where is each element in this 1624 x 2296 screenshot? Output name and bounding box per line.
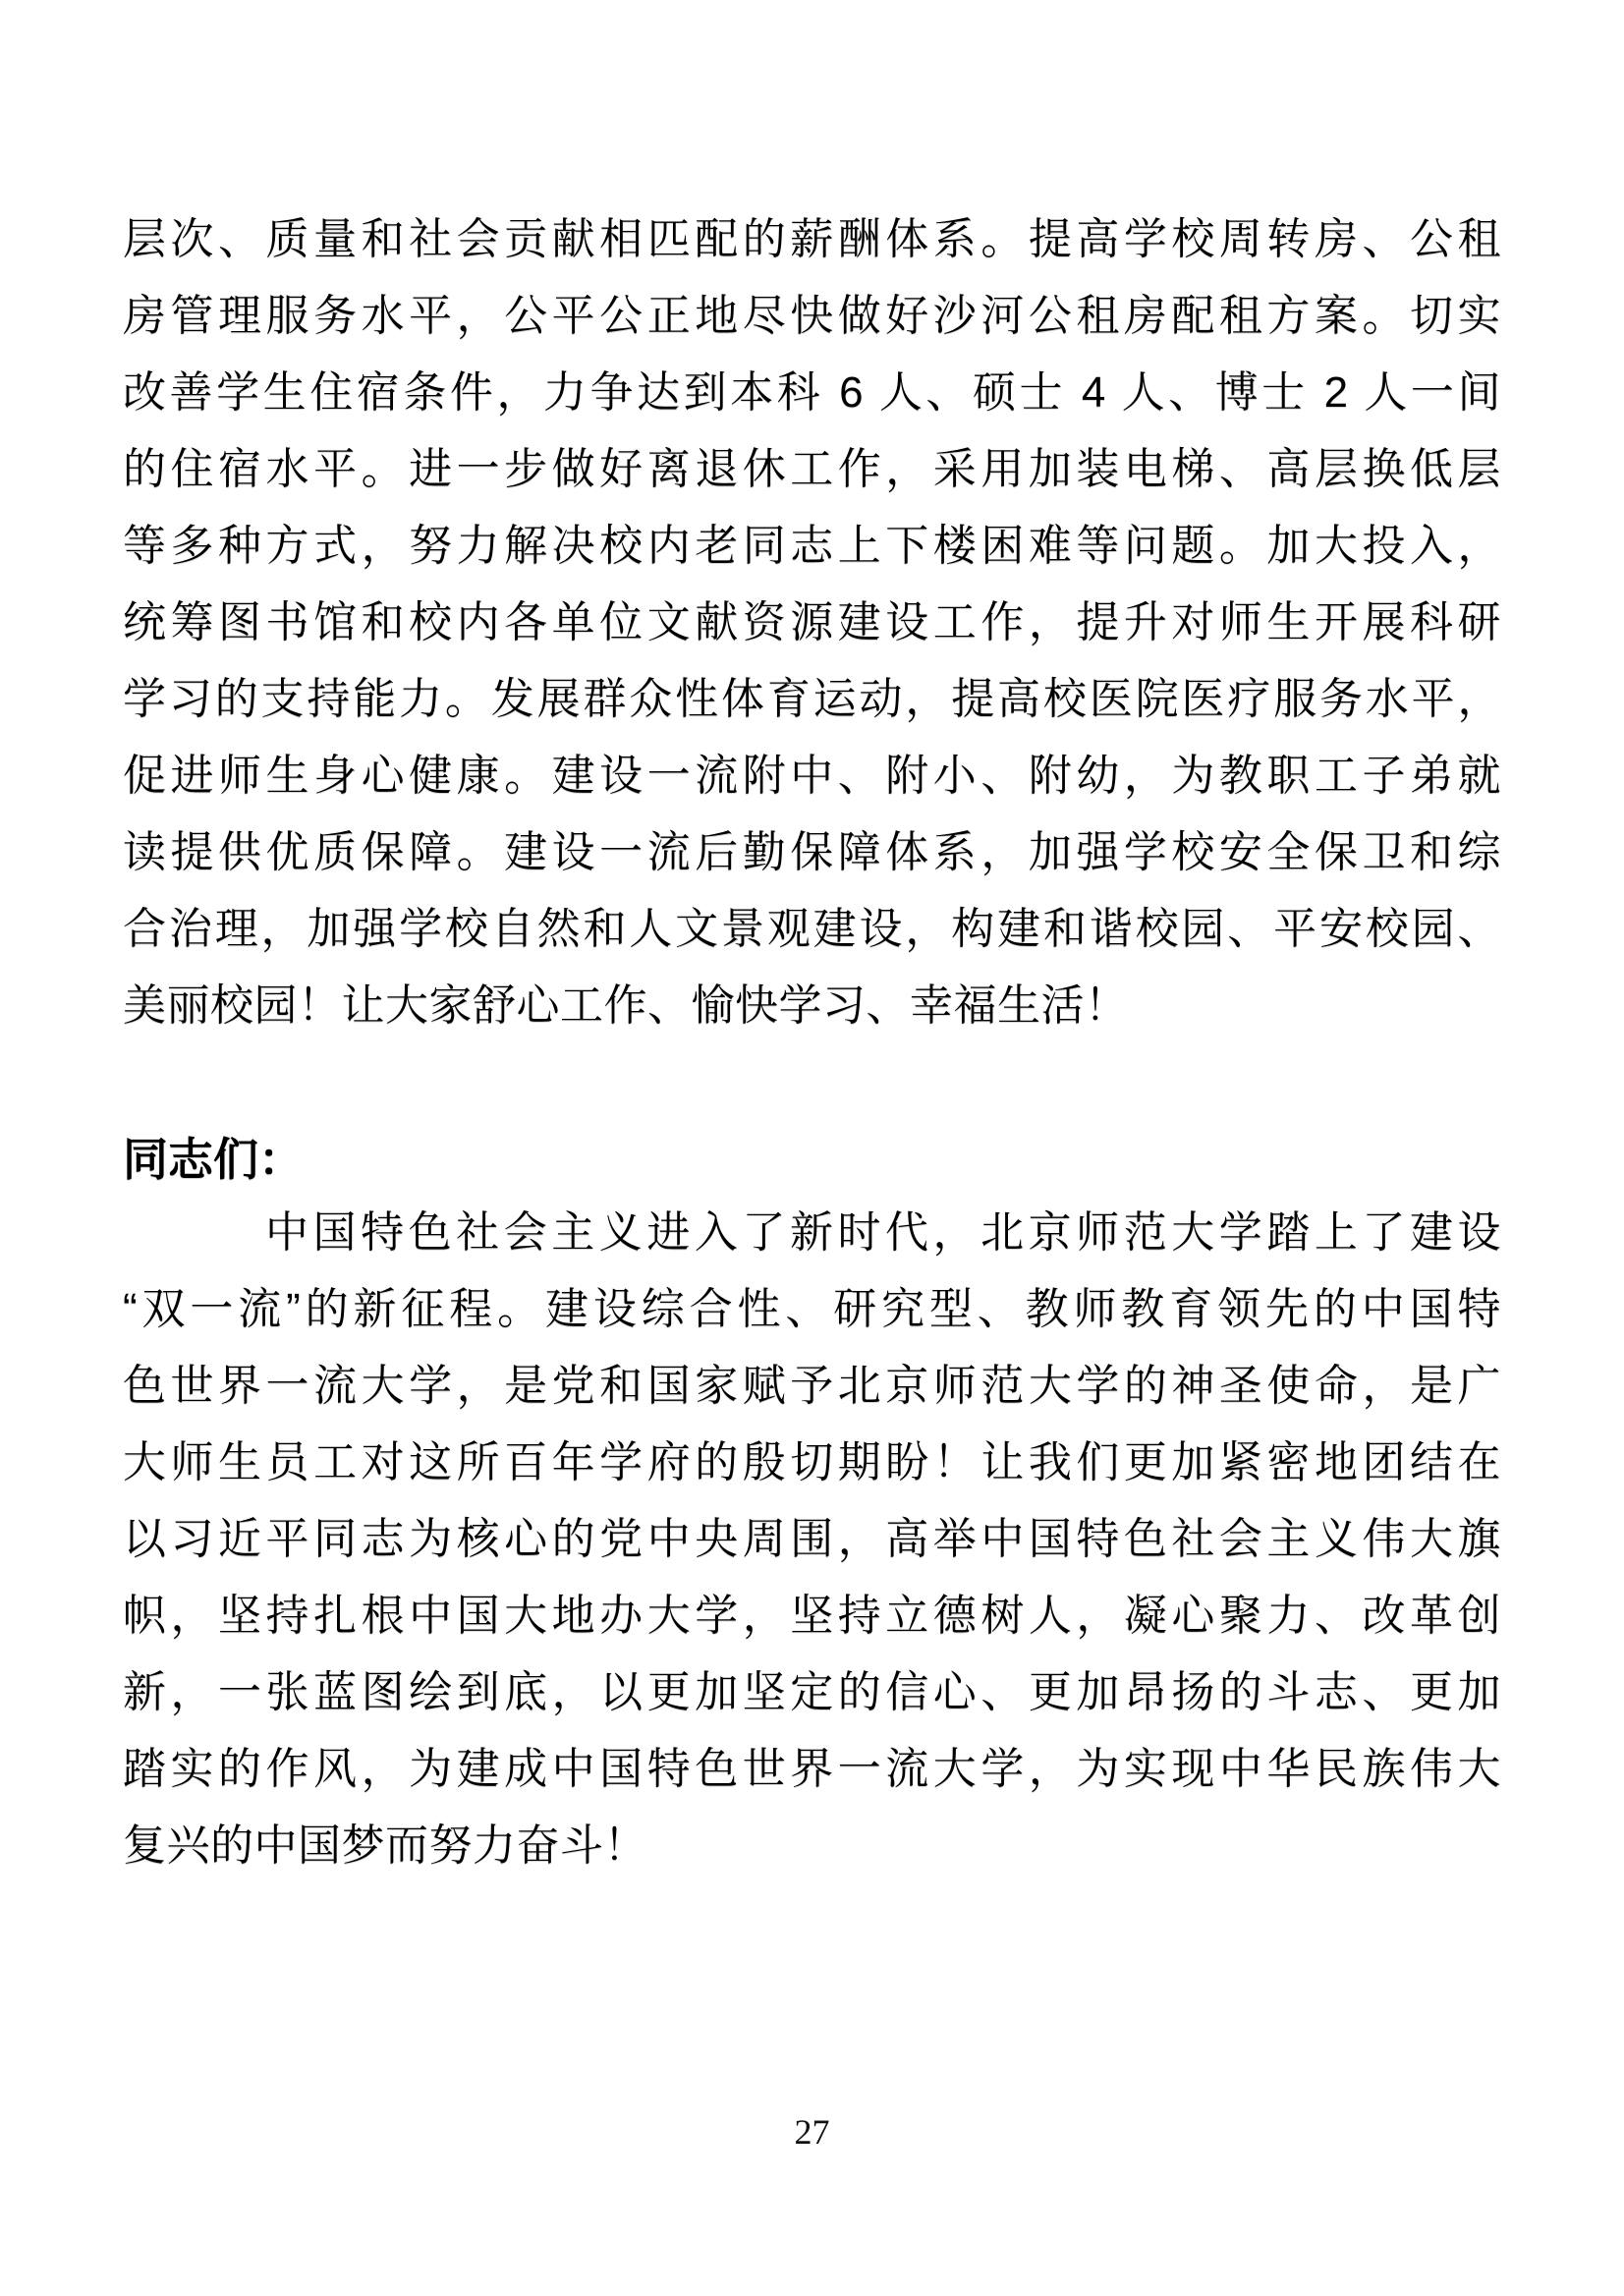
text-line: 改善学生住宿条件，力争达到本科 6 人、硕士 4 人、博士 2 人一间	[123, 355, 1501, 431]
text-line: 复兴的中国梦而努力奋斗！	[123, 1808, 1501, 1884]
text-line: 的住宿水平。进一步做好离退休工作，采用加装电梯、高层换低层	[123, 431, 1501, 508]
text-line: 读提供优质保障。建设一流后勤保障体系，加强学校安全保卫和综	[123, 814, 1501, 891]
text-line: 中国特色社会主义进入了新时代，北京师范大学踏上了建设	[123, 1195, 1501, 1271]
text-line: 层次、质量和社会贡献相匹配的薪酬体系。提高学校周转房、公租	[123, 201, 1501, 278]
text-line: 合治理，加强学校自然和人文景观建设，构建和谐校园、平安校园、	[123, 891, 1501, 968]
text-line: 等多种方式，努力解决校内老同志上下楼困难等问题。加大投入，	[123, 508, 1501, 585]
text-line: 色世界一流大学，是党和国家赋予北京师范大学的神圣使命，是广	[123, 1348, 1501, 1425]
text-line: 统筹图书馆和校内各单位文献资源建设工作，提升对师生开展科研	[123, 585, 1501, 661]
text-line: 新，一张蓝图绘到底，以更加坚定的信心、更加昂扬的斗志、更加	[123, 1654, 1501, 1731]
text-line: 踏实的作风，为建成中国特色世界一流大学，为实现中华民族伟大	[123, 1731, 1501, 1808]
document-page: 层次、质量和社会贡献相匹配的薪酬体系。提高学校周转房、公租 房管理服务水平，公平…	[0, 0, 1624, 2296]
paragraph-1: 层次、质量和社会贡献相匹配的薪酬体系。提高学校周转房、公租 房管理服务水平，公平…	[123, 201, 1501, 1044]
text-line: 大师生员工对这所百年学府的殷切期盼！让我们更加紧密地团结在	[123, 1425, 1501, 1501]
text-line: 促进师生身心健康。建设一流附中、附小、附幼，为教职工子弟就	[123, 738, 1501, 814]
text-line: 学习的支持能力。发展群众性体育运动，提高校医院医疗服务水平，	[123, 661, 1501, 738]
text-line: 房管理服务水平，公平公正地尽快做好沙河公租房配租方案。切实	[123, 278, 1501, 355]
section-heading: 同志们：	[123, 1121, 1501, 1198]
text-line: 美丽校园！让大家舒心工作、愉快学习、幸福生活！	[123, 968, 1501, 1044]
text-line: 以习近平同志为核心的党中央周围，高举中国特色社会主义伟大旗	[123, 1501, 1501, 1578]
page-number: 27	[0, 2110, 1624, 2154]
paragraph-2: 中国特色社会主义进入了新时代，北京师范大学踏上了建设 “双一流”的新征程。建设综…	[123, 1195, 1501, 1884]
text-line: 帜，坚持扎根中国大地办大学，坚持立德树人，凝心聚力、改革创	[123, 1578, 1501, 1654]
text-line: “双一流”的新征程。建设综合性、研究型、教师教育领先的中国特	[123, 1271, 1501, 1348]
